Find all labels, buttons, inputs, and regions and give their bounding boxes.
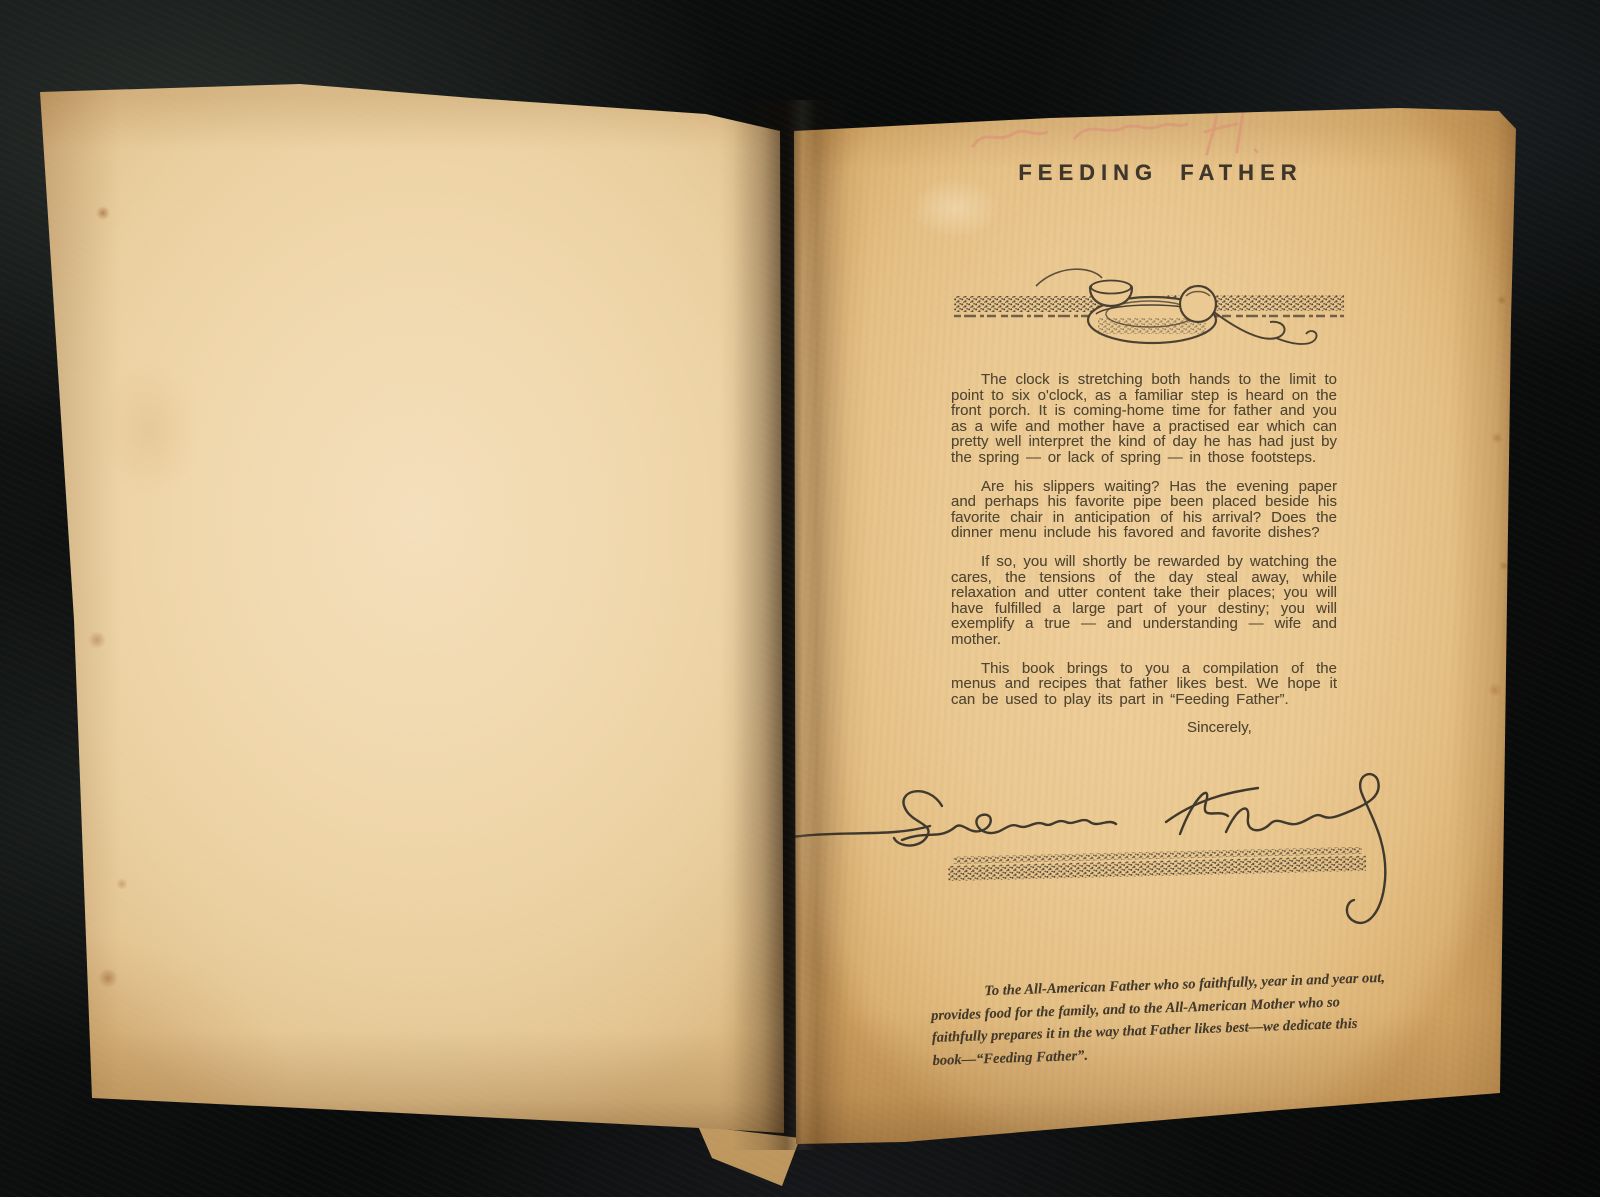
dedication-text: To the All-American Father who so faithf… — [930, 967, 1391, 1072]
pipe-on-ashtray-illustration — [940, 248, 1360, 368]
body-paragraph: The clock is stretching both hands to th… — [951, 372, 1337, 466]
page-title: FEEDING FATHER — [950, 160, 1335, 186]
body-paragraph: If so, you will shortly be rewarded by w… — [951, 554, 1337, 648]
body-text: The clock is stretching both hands to th… — [951, 372, 1337, 749]
body-paragraph: Are his slippers waiting? Has the evenin… — [951, 479, 1337, 541]
closing-salutation: Sincerely, — [951, 720, 1337, 736]
signature-eleanor-howe — [752, 768, 1452, 953]
body-paragraph: This book brings to you a compilation of… — [951, 661, 1337, 708]
photo-of-open-book: FEEDING FATHER — [0, 0, 1600, 1197]
